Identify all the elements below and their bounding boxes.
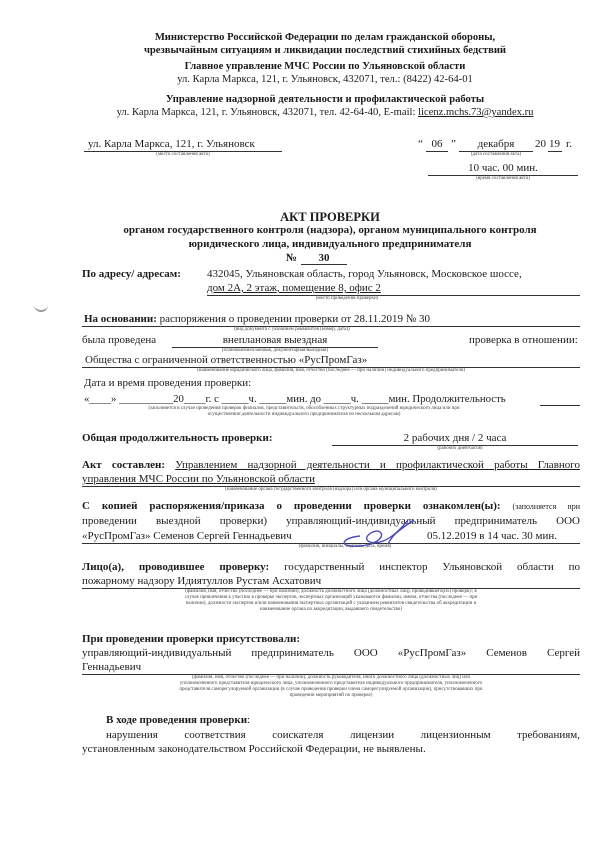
inspector-line-1: Лицо(а), проводившее проверку: государст… (82, 561, 580, 574)
act-number-label: № (286, 252, 297, 265)
sub-dept-name: Управление надзорной деятельности и проф… (100, 93, 550, 106)
sub-dept-block: Управление надзорной деятельности и проф… (100, 93, 550, 119)
acquainted-datetime: 05.12.2019 в 14 час. 30 мин. (427, 530, 557, 543)
email-link[interactable]: licenz.mchs.73@yandex.ru (418, 107, 533, 118)
ministry-header: Министерство Российской Федерации по дел… (100, 31, 550, 57)
act-time-caption: (время составления акта) (428, 176, 578, 182)
main-dept-block: Главное управление МЧС России по Ульянов… (100, 60, 550, 86)
binder-hole-mark (34, 302, 48, 312)
main-dept-address: ул. Карла Маркса, 121, г. Ульяновск, 432… (100, 73, 550, 86)
inspection-type: внеплановая выездная (175, 334, 375, 347)
ministry-line-1: Министерство Российской Федерации по дел… (100, 31, 550, 44)
compiled-label: Акт составлен: (82, 459, 165, 471)
basis-row: На основании: распоряжения о проведении … (84, 313, 430, 326)
present-value-1: управляющий-индивидуальный предпринимате… (82, 647, 580, 660)
act-time: 10 час. 00 мин. (428, 162, 578, 175)
datetime-template: «____» __________20____г. с _____ч. ____… (84, 393, 506, 406)
document-subtitle: органом государственного контроля (надзо… (80, 224, 580, 251)
subtitle-line-2: юридического лица, индивидуального предп… (80, 238, 580, 252)
inspection-act-page: Министерство Российской Федерации по дел… (0, 0, 599, 847)
act-year-unit: г. (566, 138, 572, 151)
inspected-entity-caption: (наименование юридического лица, фамилия… (82, 368, 580, 374)
act-date-caption: (дата составления акта) (455, 152, 537, 158)
act-day: 06 (427, 138, 447, 151)
inspector-caption: (фамилия, имя, отчество (последнее — при… (90, 589, 572, 613)
address-line-1: 432045, Ульяновская область, город Ульян… (207, 268, 522, 281)
basis-caption: (вид документа с указанием реквизитов (н… (82, 327, 502, 333)
duration-caption: (рабочих дней/часов) (400, 446, 520, 452)
duration-label: Общая продолжительность проверки: (82, 432, 273, 445)
datetime-caption-line-2: осуществлении деятельности индивидуально… (84, 412, 524, 418)
conducted-label: была проведена (82, 334, 156, 347)
main-dept-name: Главное управление МЧС России по Ульянов… (100, 60, 550, 73)
compiled-caption: (наименование органа государственного ко… (82, 487, 580, 493)
compiled-line-1: Акт составлен: Управлением надзорной дея… (82, 459, 580, 472)
findings-line-2: установленным законодательством Российск… (82, 743, 426, 756)
subtitle-line-1: органом государственного контроля (надзо… (80, 224, 580, 238)
sub-dept-address-text: ул. Карла Маркса, 121, г. Ульяновск, 432… (117, 107, 419, 118)
compiled-value-2: управления МЧС России по Ульяновской обл… (82, 473, 315, 486)
present-caption-4: проведении мероприятий по проверке) (82, 693, 580, 699)
inspected-entity: Общества с ограниченной ответственностью… (85, 354, 367, 367)
act-month: декабря (461, 138, 531, 151)
findings-line-1: нарушения соответствия соискателя лиценз… (106, 729, 580, 742)
conducted-suffix: проверка в отношении: (469, 334, 578, 347)
signature-mark (330, 508, 420, 548)
inspector-caption-4: наименование органа по аккредитации, выд… (90, 607, 572, 613)
quote-close: ” (451, 138, 456, 151)
present-caption: (фамилия, имя, отчество (последнее — при… (82, 675, 580, 699)
quote-open: “ (418, 138, 423, 151)
findings-label: В ходе проведения проверки (106, 714, 247, 726)
inspector-value-1: государственный инспектор Ульяновской об… (284, 561, 580, 573)
findings-heading: В ходе проведения проверки: (106, 714, 250, 727)
address-caption: (место проведения проверки) (207, 296, 487, 302)
acquainted-person: «РусПромГаз» Семенов Сергей Геннадьевич (82, 530, 292, 543)
address-label: По адресу/ адресам: (82, 268, 181, 281)
datetime-caption: (заполняется в случае проведения проверо… (84, 406, 524, 418)
inspector-value-2: пожарному надзору Идиятуллов Рустам Асха… (82, 575, 321, 588)
basis-value: распоряжения о проведении проверки от 28… (157, 313, 430, 325)
duration-value: 2 рабочих дня / 2 часа (332, 432, 578, 445)
document-title: АКТ ПРОВЕРКИ (80, 210, 580, 224)
act-year-prefix: 20 (535, 138, 546, 151)
inspector-label: Лицо(а), проводившее проверку: (82, 561, 269, 573)
act-year-suffix: 19 (549, 138, 560, 151)
sub-dept-address: ул. Карла Маркса, 121, г. Ульяновск, 432… (100, 106, 550, 119)
basis-label: На основании: (84, 313, 157, 325)
findings-colon: : (247, 714, 250, 726)
compiled-value-1: Управлением надзорной деятельности и про… (175, 459, 580, 471)
present-value-2: Геннадьевич (82, 661, 141, 674)
act-place: ул. Карла Маркса, 121, г. Ульяновск (88, 138, 255, 151)
datetime-label: Дата и время проведения проверки: (84, 377, 251, 390)
act-place-caption: (место составления акта) (84, 152, 282, 158)
address-line-2: дом 2А, 2 этаж, помещение 8, офис 2 (207, 282, 381, 295)
ministry-line-2: чрезвычайным ситуациям и ликвидации посл… (100, 44, 550, 57)
acquainted-label: С копией распоряжения/приказа о проведен… (82, 500, 501, 512)
acquainted-note: (заполняется при (512, 502, 580, 511)
present-label: При проведении проверки присутствовали: (82, 633, 300, 646)
